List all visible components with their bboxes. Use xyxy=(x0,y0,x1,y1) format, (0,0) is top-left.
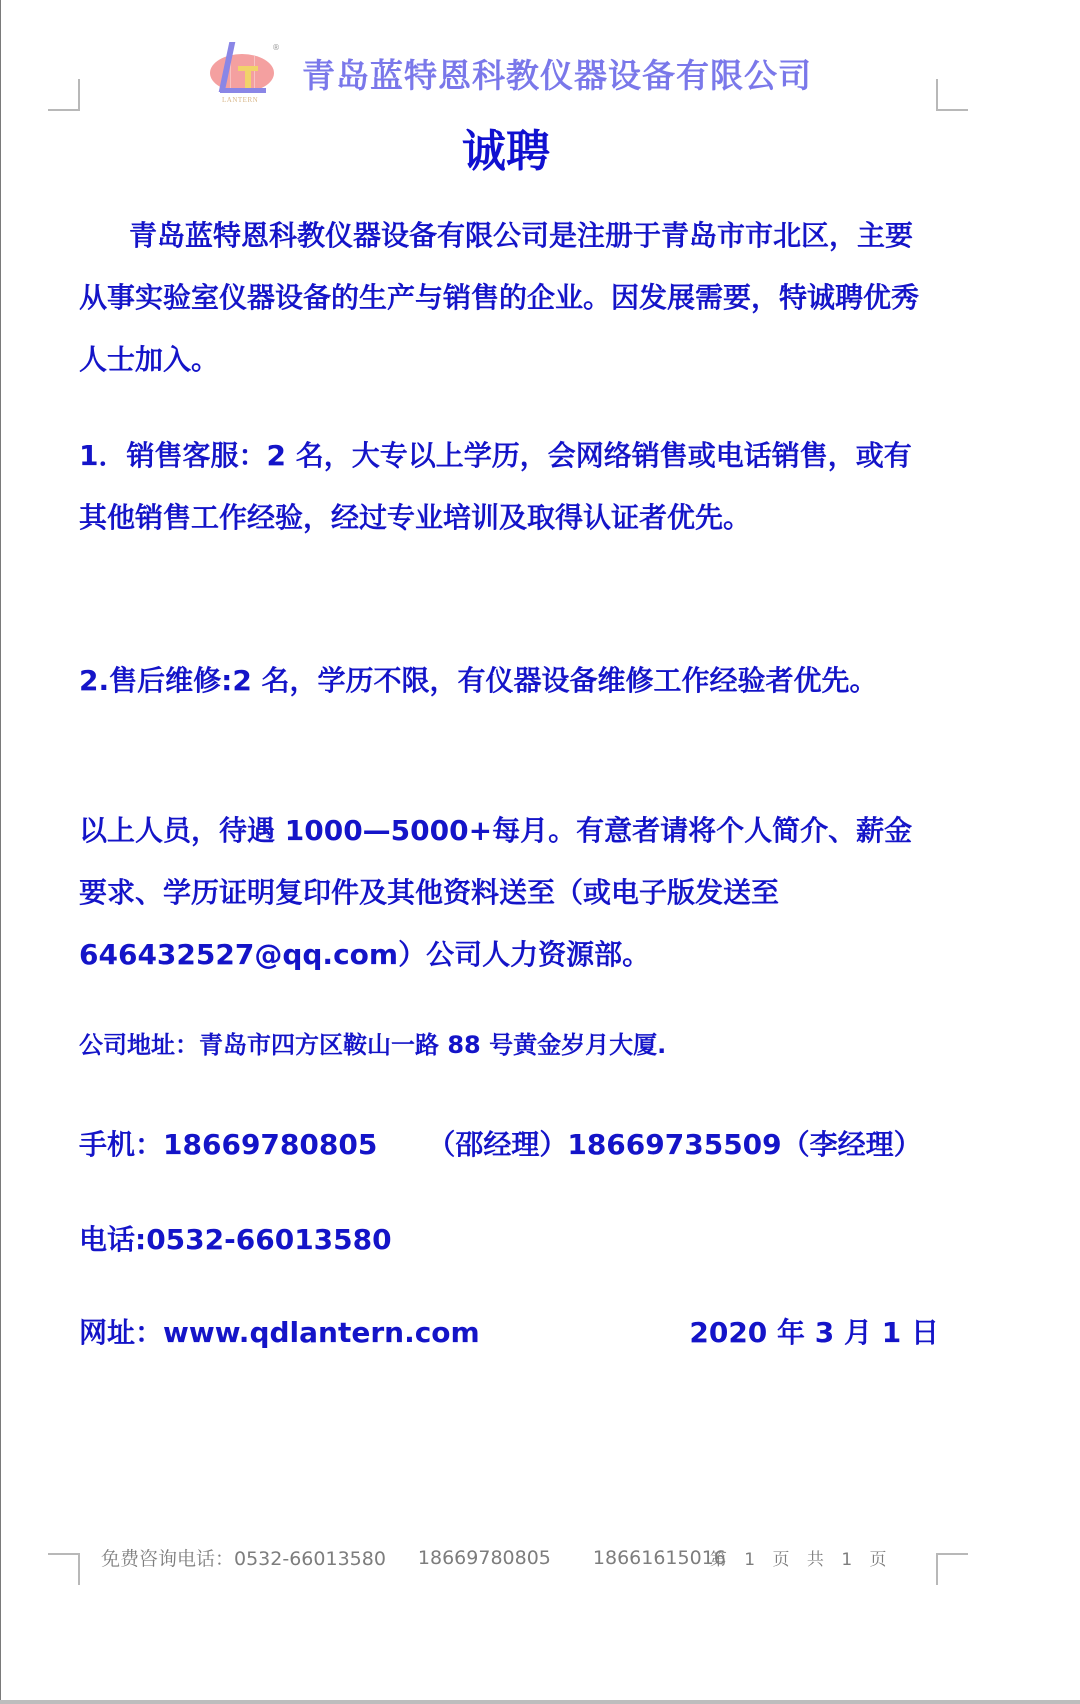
page-footer: 免费咨询电话：0532-66013580 18669780805 1866161… xyxy=(101,1544,893,1571)
document-page: ® LANTERN 青岛蓝特恩科教仪器设备有限公司 诚聘 青岛蓝特恩科教仪器设备… xyxy=(0,0,1080,1700)
page-header: ® LANTERN 青岛蓝特恩科教仪器设备有限公司 xyxy=(206,38,812,108)
mobile-number-1: 18669780805 xyxy=(163,1128,377,1161)
salary-application-paragraph: 以上人员，待遇 1000—5000+每月。有意者请将个人简介、薪金要求、学历证明… xyxy=(79,800,939,986)
website-date-row: 网址：www.qdlantern.com 2020 年 3 月 1 日 xyxy=(79,1313,939,1353)
position-after-sales-repair: 2.售后维修:2 名，学历不限，有仪器设备维修工作经验者优先。 xyxy=(79,650,939,712)
intro-paragraph: 青岛蓝特恩科教仪器设备有限公司是注册于青岛市市北区，主要从事实验室仪器设备的生产… xyxy=(79,205,939,391)
crop-mark-top-left xyxy=(48,79,80,111)
office-phone: 电话:0532-66013580 xyxy=(79,1220,939,1260)
company-address: 公司地址：青岛市四方区鞍山一路 88 号黄金岁月大厦. xyxy=(79,1025,939,1065)
mobile-label: 手机： xyxy=(79,1128,163,1161)
crop-mark-bottom-right xyxy=(936,1553,968,1585)
page-count: 第 1 页 共 1 页 xyxy=(710,1545,893,1570)
mobile-number-2: 18669735509 xyxy=(567,1128,781,1161)
mobile-contact-1: （邵经理） xyxy=(427,1128,567,1161)
crop-mark-top-right xyxy=(936,79,968,111)
document-title: 诚聘 xyxy=(1,115,1011,179)
logo-letter-t-stem xyxy=(245,66,251,88)
document-date: 2020 年 3 月 1 日 xyxy=(689,1313,939,1353)
logo-letter-l-foot xyxy=(220,88,266,93)
mobile-contacts: 手机：18669780805（邵经理）18669735509（李经理） xyxy=(79,1125,939,1165)
company-name: 青岛蓝特恩科教仪器设备有限公司 xyxy=(302,50,812,97)
page-bottom-edge xyxy=(0,1700,1080,1704)
footer-hotline: 免费咨询电话：0532-66013580 xyxy=(101,1544,386,1571)
logo-caption: LANTERN xyxy=(222,96,258,104)
crop-mark-bottom-left xyxy=(48,1553,80,1585)
website-link[interactable]: 网址：www.qdlantern.com xyxy=(79,1313,480,1353)
company-logo-icon: ® LANTERN xyxy=(206,38,286,108)
footer-hotline-2: 18669780805 xyxy=(418,1547,551,1569)
position-sales-service: 1．销售客服：2 名，大专以上学历，会网络销售或电话销售，或有其他销售工作经验，… xyxy=(79,425,939,549)
mobile-contact-2: （李经理） xyxy=(782,1128,922,1161)
registered-mark: ® xyxy=(272,43,280,52)
footer-hotline-3: 18661615016 xyxy=(593,1547,726,1569)
